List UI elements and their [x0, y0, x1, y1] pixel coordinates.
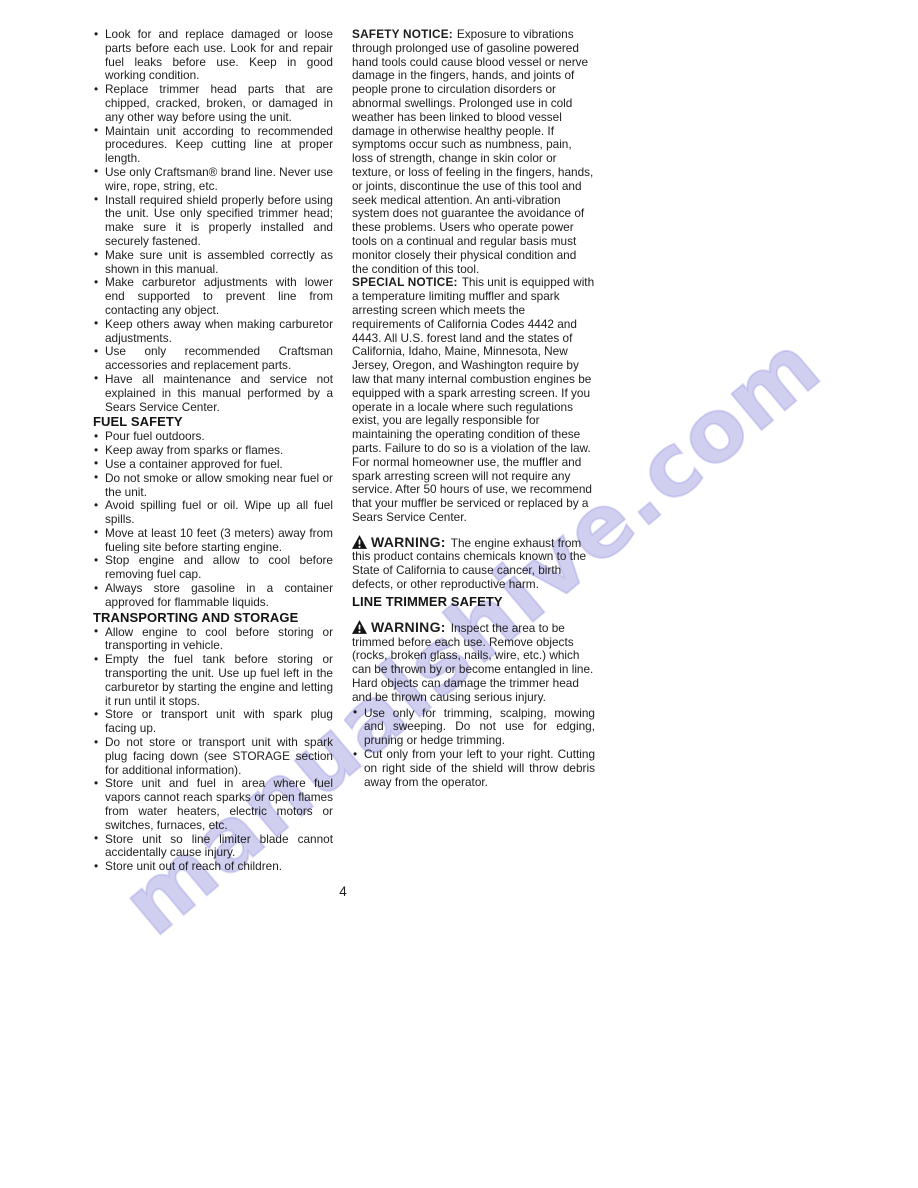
list-item: Make carburetor adjustments with lower e…: [93, 276, 333, 317]
list-item-text: Install required shield properly before …: [105, 193, 333, 248]
list-item-text: Stop engine and allow to cool before rem…: [105, 553, 333, 581]
list-item: Use a container approved for fuel.: [93, 458, 333, 472]
list-item-text: Keep away from sparks or flames.: [105, 443, 283, 457]
list-item-text: Cut only from your left to your right. C…: [364, 747, 595, 789]
list-item-text: Look for and replace damaged or loose pa…: [105, 27, 333, 82]
warning-label: WARNING:: [371, 619, 446, 635]
list-item-text: Use only for trimming, scalping, mowing …: [364, 706, 595, 748]
right-column: SAFETY NOTICE:Exposure to vibrations thr…: [352, 28, 595, 789]
fuel-safety-bullet-list: Pour fuel outdoors.Keep away from sparks…: [93, 430, 333, 609]
list-item-text: Use only Craftsman® brand line. Never us…: [105, 165, 333, 193]
page-number: 4: [330, 884, 356, 899]
list-item: Pour fuel outdoors.: [93, 430, 333, 444]
warning-icon: [352, 620, 367, 634]
list-item: Use only recommended Craftsman accessori…: [93, 345, 333, 373]
list-item: Use only for trimming, scalping, mowing …: [352, 707, 595, 748]
list-item: Do not store or transport unit with spar…: [93, 736, 333, 777]
warning-icon: [352, 535, 367, 549]
list-item: Allow engine to cool before storing or t…: [93, 626, 333, 654]
list-item: Install required shield properly before …: [93, 194, 333, 249]
list-item-text: Always store gasoline in a container app…: [105, 581, 333, 609]
list-item-text: Avoid spilling fuel or oil. Wipe up all …: [105, 498, 333, 526]
transport-storage-bullet-list: Allow engine to cool before storing or t…: [93, 626, 333, 874]
list-item: Always store gasoline in a container app…: [93, 582, 333, 610]
list-item-text: Keep others away when making carburetor …: [105, 317, 333, 345]
list-item: Store unit out of reach of children.: [93, 860, 333, 874]
list-item: Use only Craftsman® brand line. Never us…: [93, 166, 333, 194]
list-item: Make sure unit is assembled correctly as…: [93, 249, 333, 277]
section-heading-line-trimmer-safety: LINE TRIMMER SAFETY: [352, 594, 595, 610]
special-notice-label: SPECIAL NOTICE:: [352, 275, 458, 289]
safety-notice-label: SAFETY NOTICE:: [352, 27, 453, 41]
list-item: Look for and replace damaged or loose pa…: [93, 28, 333, 83]
line-trimmer-bullet-list: Use only for trimming, scalping, mowing …: [352, 707, 595, 790]
list-item: Avoid spilling fuel or oil. Wipe up all …: [93, 499, 333, 527]
list-item-text: Use a container approved for fuel.: [105, 457, 283, 471]
list-item: Store or transport unit with spark plug …: [93, 708, 333, 736]
list-item-text: Store unit out of reach of children.: [105, 859, 282, 873]
list-item-text: Store unit and fuel in area where fuel v…: [105, 776, 333, 831]
list-item: Have all maintenance and service not exp…: [93, 373, 333, 414]
list-item-text: Store unit so line limiter blade cannot …: [105, 832, 333, 860]
list-item: Cut only from your left to your right. C…: [352, 748, 595, 789]
list-item: Keep others away when making carburetor …: [93, 318, 333, 346]
special-notice-paragraph: SPECIAL NOTICE:This unit is equipped wit…: [352, 276, 595, 524]
list-item-text: Move at least 10 feet (3 meters) away fr…: [105, 526, 333, 554]
list-item: Empty the fuel tank before storing or tr…: [93, 653, 333, 708]
section-heading-transporting-storage: TRANSPORTING AND STORAGE: [93, 610, 333, 626]
list-item-text: Maintain unit according to recommended p…: [105, 124, 333, 166]
list-item-text: Have all maintenance and service not exp…: [105, 372, 333, 414]
list-item: Store unit so line limiter blade cannot …: [93, 833, 333, 861]
left-column: Look for and replace damaged or loose pa…: [93, 28, 333, 874]
section-heading-fuel-safety: FUEL SAFETY: [93, 414, 333, 430]
list-item-text: Allow engine to cool before storing or t…: [105, 625, 333, 653]
list-item: Replace trimmer head parts that are chip…: [93, 83, 333, 124]
list-item-text: Empty the fuel tank before storing or tr…: [105, 652, 333, 707]
list-item: Keep away from sparks or flames.: [93, 444, 333, 458]
list-item-text: Store or transport unit with spark plug …: [105, 707, 333, 735]
list-item: Stop engine and allow to cool before rem…: [93, 554, 333, 582]
warning-label: WARNING:: [371, 534, 446, 550]
safety-notice-text: Exposure to vibrations through prolonged…: [352, 27, 593, 276]
list-item-text: Replace trimmer head parts that are chip…: [105, 82, 333, 124]
list-item-text: Make sure unit is assembled correctly as…: [105, 248, 333, 276]
list-item-text: Use only recommended Craftsman accessori…: [105, 344, 333, 372]
list-item: Move at least 10 feet (3 meters) away fr…: [93, 527, 333, 555]
warning-inspect-paragraph: WARNING:Inspect the area to be trimmed b…: [352, 620, 595, 705]
list-item: Do not smoke or allow smoking near fuel …: [93, 472, 333, 500]
warning-exhaust-paragraph: WARNING:The engine exhaust from this pro…: [352, 535, 595, 592]
list-item-text: Do not smoke or allow smoking near fuel …: [105, 471, 333, 499]
manual-page: { "page": { "number": "4" }, "watermark"…: [0, 0, 918, 1188]
general-safety-bullet-list: Look for and replace damaged or loose pa…: [93, 28, 333, 414]
list-item: Maintain unit according to recommended p…: [93, 125, 333, 166]
list-item-text: Do not store or transport unit with spar…: [105, 735, 333, 777]
safety-notice-paragraph: SAFETY NOTICE:Exposure to vibrations thr…: [352, 28, 595, 276]
list-item: Store unit and fuel in area where fuel v…: [93, 777, 333, 832]
list-item-text: Make carburetor adjustments with lower e…: [105, 275, 333, 317]
list-item-text: Pour fuel outdoors.: [105, 429, 205, 443]
special-notice-text: This unit is equipped with a temperature…: [352, 275, 594, 524]
